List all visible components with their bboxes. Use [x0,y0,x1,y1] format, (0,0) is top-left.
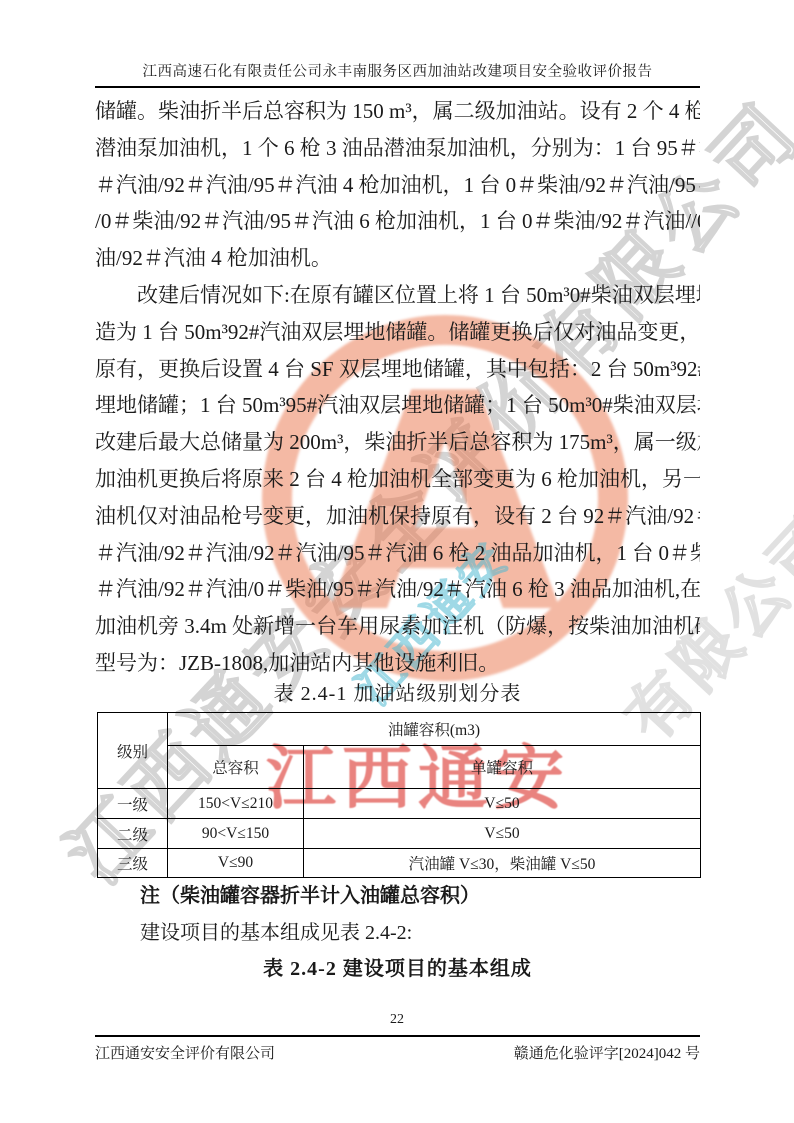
body-line: 原有，更换后设置 4 台 SF 双层埋地储罐，其中包括：2 台 50m³92#汽… [95,351,700,388]
table-note: 注（柴油罐容器折半计入油罐总容积） [140,879,700,908]
cell-single: 汽油罐 V≤30，柴油罐 V≤50 [304,849,701,878]
body-line: 油/92＃汽油 4 枪加油机。 [95,240,700,277]
footer-divider [95,1035,700,1037]
footer-doc-number: 赣通危化验评字[2024]042 号 [514,1042,700,1063]
page-content: 江西高速石化有限责任公司永丰南服务区西加油站改建项目安全验收评价报告 储罐。柴油… [0,0,794,1123]
cell-level: 二级 [98,819,168,849]
cell-single: V≤50 [304,789,701,819]
cell-level: 一级 [98,789,168,819]
body-line: 造为 1 台 50m³92#汽油双层埋地储罐。储罐更换后仅对油品变更，油罐保持 [95,314,700,351]
footer-company: 江西通安安全评价有限公司 [95,1042,275,1063]
table-header-capacity-group: 油罐容积(m3) [168,713,701,746]
body-line: 改建后最大总储量为 200m³，柴油折半后总容积为 175m³，属一级加油站， [95,424,700,461]
body-line: ＃汽油/92＃汽油/0＃柴油/95＃汽油/92＃汽油 6 枪 3 油品加油机,在… [95,571,700,608]
body-line: 油机仅对油品枪号变更，加油机保持原有，设有 2 台 92＃汽油/92＃汽油/95 [95,498,700,535]
body-line: 储罐。柴油折半后总容积为 150 m³，属二级加油站。设有 2 个 4 枪双油品 [95,93,700,130]
body-text: 储罐。柴油折半后总容积为 150 m³，属二级加油站。设有 2 个 4 枪双油品… [95,93,700,682]
report-header-title: 江西高速石化有限责任公司永丰南服务区西加油站改建项目安全验收评价报告 [95,60,700,81]
table-row: 二级 90<V≤150 V≤50 [98,819,701,849]
document-page: 江西通安安全评价有限公司 有限公司 A 江西通安 江西通安 江西高速石化有限责任… [0,0,794,1123]
header-divider [95,86,700,88]
cell-total: 90<V≤150 [168,819,304,849]
body-line: 加油机旁 3.4m 处新增一台车用尿素加注机（防爆，按柴油加油机确认）， [95,608,700,645]
body-line: 改建后情况如下:在原有罐区位置上将 1 台 50m³0#柴油双层埋地储罐改 [95,277,700,314]
table-row: 三级 V≤90 汽油罐 V≤30，柴油罐 V≤50 [98,849,701,878]
body-line: 加油机更换后将原来 2 台 4 枪加油机全部变更为 6 枪加油机，另一台 6 枪… [95,461,700,498]
body-line: 建设项目的基本组成见表 2.4-2: [140,916,700,945]
body-line: ＃汽油/92＃汽油/95＃汽油 4 枪加油机，1 台 0＃柴油/92＃汽油/95… [95,167,700,204]
table2-caption: 表 2.4-2 建设项目的基本组成 [95,952,700,981]
cell-total: V≤90 [168,849,304,878]
body-line: 埋地储罐；1 台 50m³95#汽油双层埋地储罐；1 台 50m³0#柴油双层埋… [95,387,700,424]
table-header-total: 总容积 [168,746,304,789]
body-line: 潜油泵加油机，1 个 6 枪 3 油品潜油泵加油机，分别为：1 台 95＃汽油/… [95,130,700,167]
table-row: 一级 150<V≤210 V≤50 [98,789,701,819]
body-line: ＃汽油/92＃汽油/92＃汽油/95＃汽油 6 枪 2 油品加油机，1 台 0＃… [95,535,700,572]
table-header-single: 单罐容积 [304,746,701,789]
cell-total: 150<V≤210 [168,789,304,819]
table1-caption: 表 2.4-1 加油站级别划分表 [95,677,700,706]
station-grade-table: 级别 油罐容积(m3) 总容积 单罐容积 一级 150<V≤210 V≤50 二… [97,712,701,878]
cell-single: V≤50 [304,819,701,849]
body-line: /0＃柴油/92＃汽油/95＃汽油 6 枪加油机，1 台 0＃柴油/92＃汽油/… [95,203,700,240]
table-header-level: 级别 [98,713,168,789]
page-footer: 江西通安安全评价有限公司 赣通危化验评字[2024]042 号 [95,1042,700,1063]
page-number: 22 [0,1012,794,1028]
cell-level: 三级 [98,849,168,878]
